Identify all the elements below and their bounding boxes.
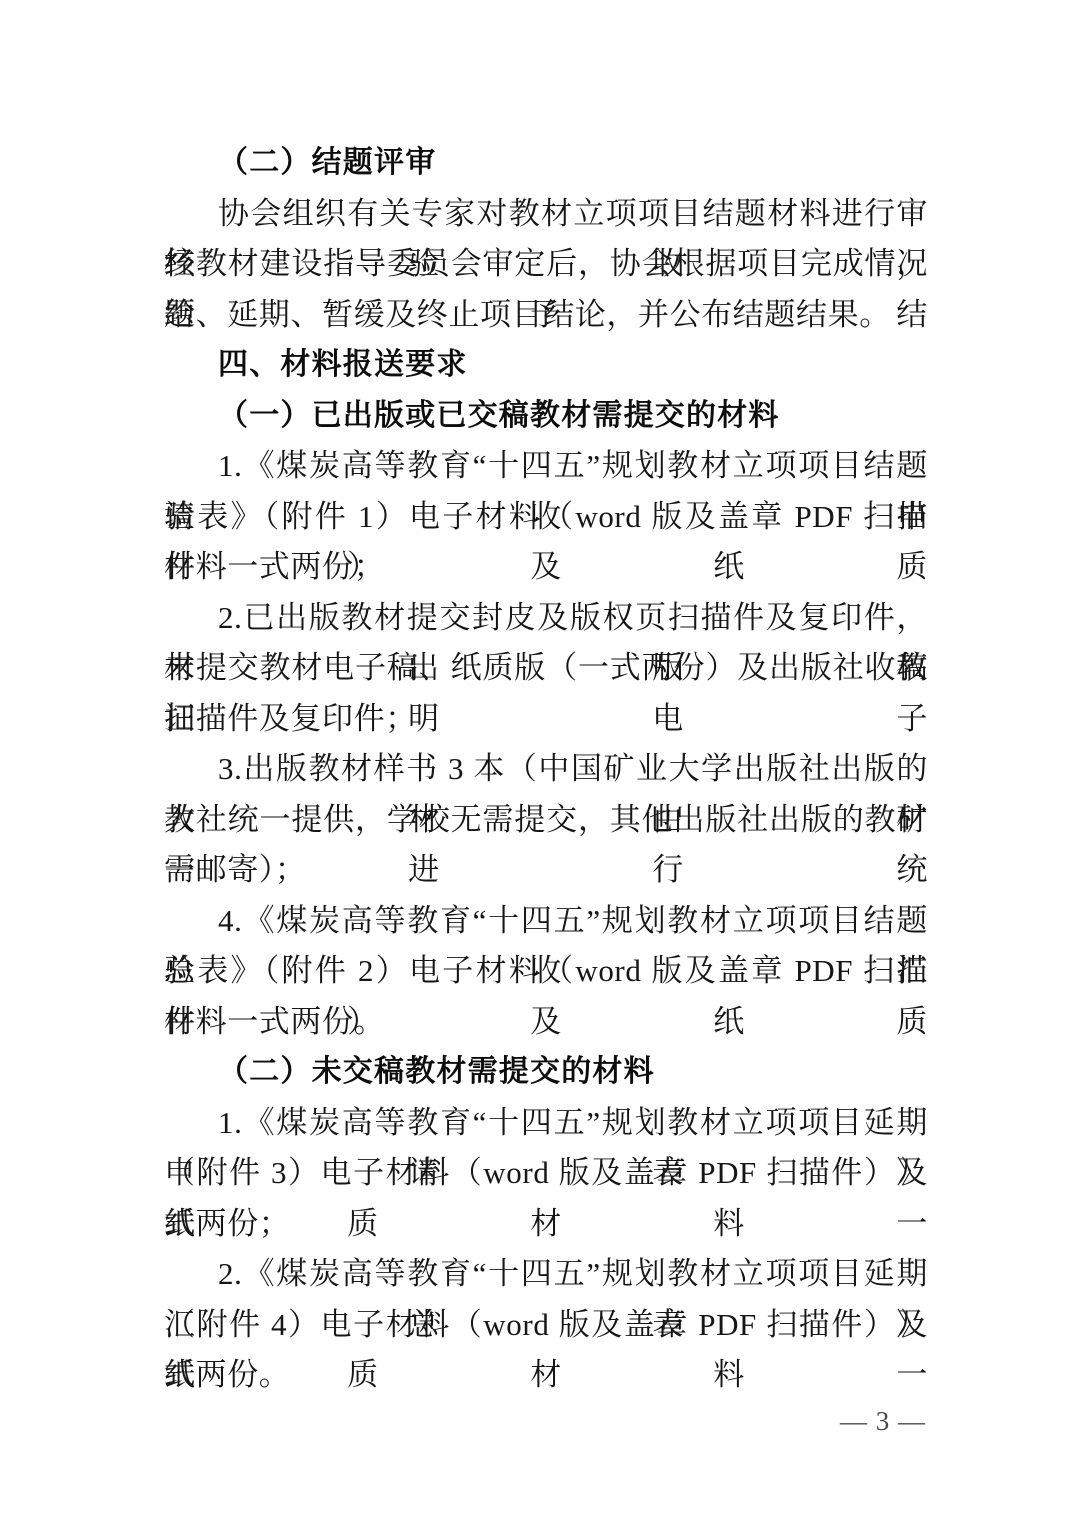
section-heading: （一）已出版或已交稿教材需提交的材料 [164,391,928,442]
section-heading: 四、材料报送要求 [164,340,928,391]
section-heading: （二）结题评审 [164,138,928,189]
text-line: （附件 4）电子材料（word 版及盖章 PDF 扫描件）及纸质材料一 [164,1300,928,1351]
text-line: （附件 3）电子材料（word 版及盖章 PDF 扫描件）及纸质材料一 [164,1148,928,1199]
text-line: 材提交教材电子稿、纸质版（一式两份）及出版社收稿证明电子 [164,643,928,694]
text-line: 2.已出版教材提交封皮及版权页扫描件及复印件，未出版教 [164,593,928,644]
text-line: 1.《煤炭高等教育“十四五”规划教材立项项目延期申请表》 [164,1098,928,1149]
page-number: — 3 — [164,1401,928,1441]
text-line: 请表》（附件 1）电子材料（word 版及盖章 PDF 扫描件）及纸质 [164,492,928,543]
text-line: 协会组织有关专家对教材立项项目结题材料进行审核验收， [164,189,928,240]
section-heading: （二）未交稿教材需提交的材料 [164,1047,928,1098]
text-line: 大社统一提供，学校无需提交，其他出版社出版的教材需进行统 [164,795,928,846]
text-line: 3.出版教材样书 3 本（中国矿业大学出版社出版的教材由矿 [164,744,928,795]
text-line: 总表》（附件 2）电子材料（word 版及盖章 PDF 扫描件）及纸质 [164,946,928,997]
text-line: 题、延期、暂缓及终止项目结论，并公布结题结果。 [164,290,928,341]
text-line: 1.《煤炭高等教育“十四五”规划教材立项项目结题验收申 [164,441,928,492]
text-line: 4.《煤炭高等教育“十四五”规划教材立项项目结题验收汇 [164,896,928,947]
document-page: （二）结题评审协会组织有关专家对教材立项项目结题材料进行审核验收，经教材建设指导… [0,0,1080,1527]
text-line: 2.《煤炭高等教育“十四五”规划教材立项项目延期汇总表》 [164,1249,928,1300]
text-line: 经教材建设指导委员会审定后，协会根据项目完成情况给予结 [164,239,928,290]
document-body: （二）结题评审协会组织有关专家对教材立项项目结题材料进行审核验收，经教材建设指导… [164,138,928,1401]
